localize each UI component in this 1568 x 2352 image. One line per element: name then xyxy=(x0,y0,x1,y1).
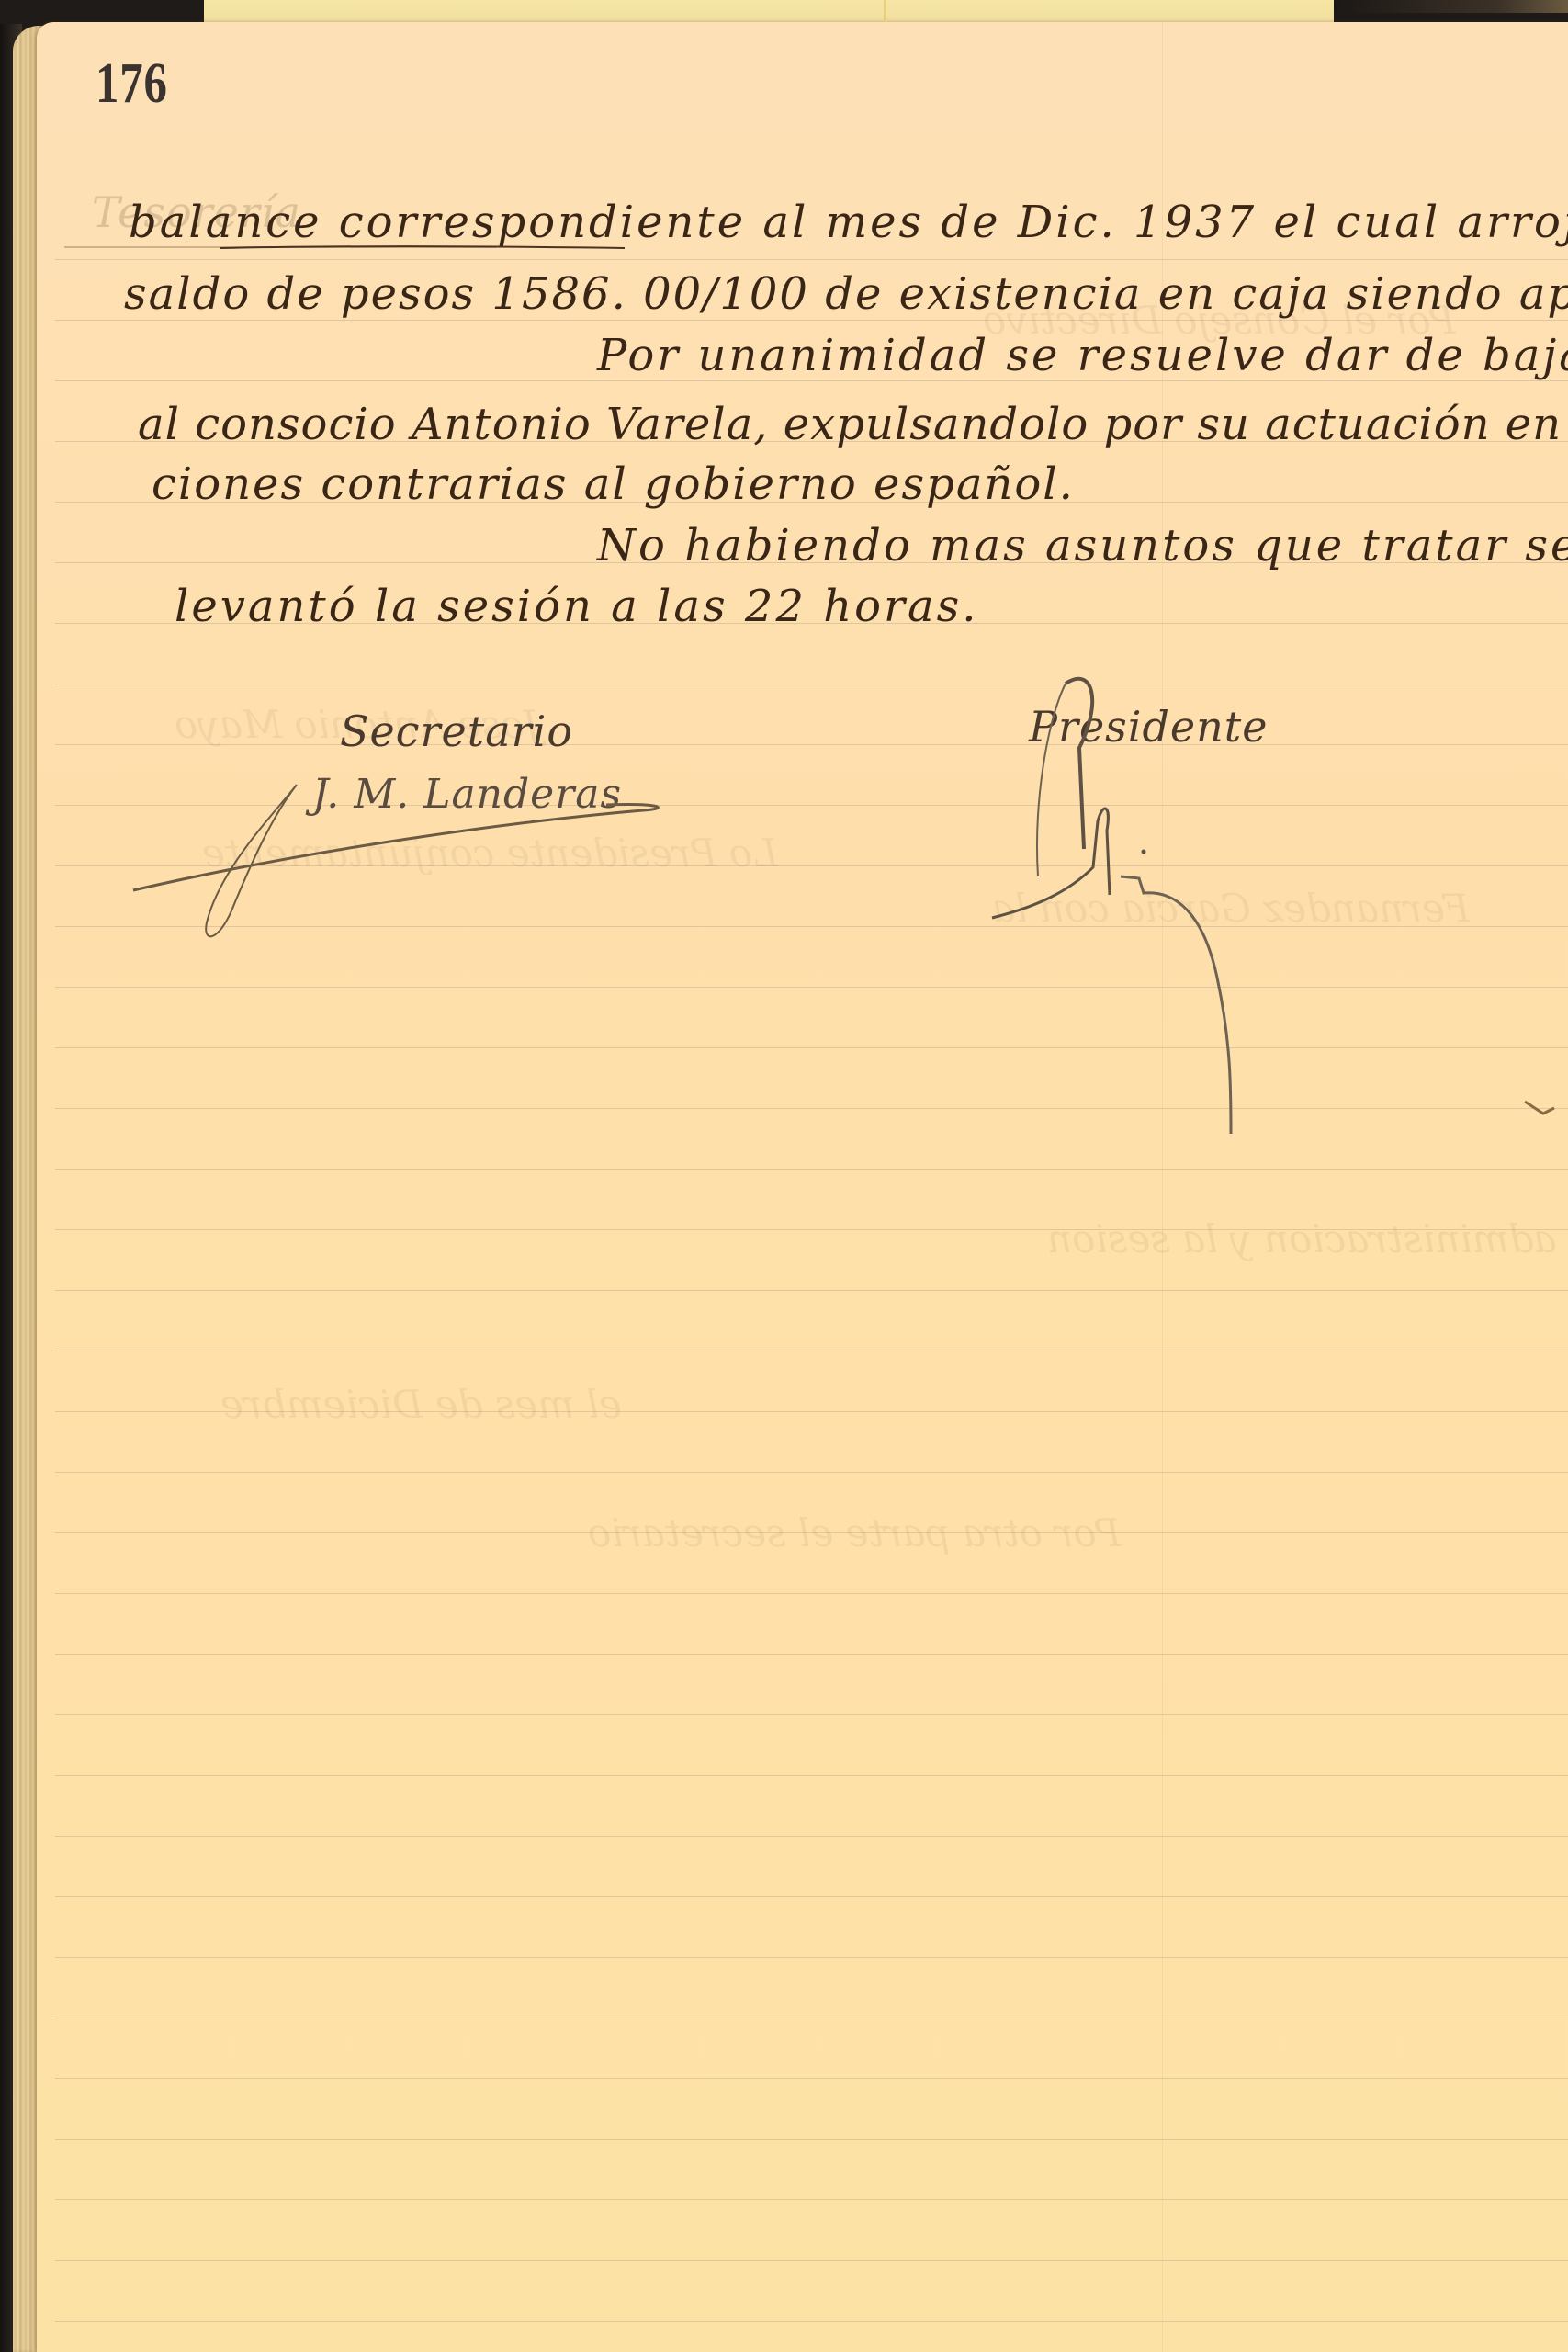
ruled-line xyxy=(55,2321,1568,2322)
ruled-line xyxy=(55,1654,1568,1655)
ruled-line xyxy=(55,2018,1568,2018)
president-loop-left xyxy=(1037,684,1066,876)
signature-flourishes xyxy=(37,22,1568,1216)
bleed-through-text: Por otra parte el secretario xyxy=(588,1510,1121,1555)
ruled-line xyxy=(55,1957,1568,1958)
bleed-through-text: administracion y la sesion xyxy=(1047,1216,1557,1261)
ruled-line xyxy=(55,1896,1568,1897)
book-cover-top-left xyxy=(0,0,204,24)
ruled-line xyxy=(55,1775,1568,1776)
ruled-line xyxy=(55,2199,1568,2200)
president-stem xyxy=(1066,679,1092,849)
bleed-through-text: el mes de Diciembre xyxy=(220,1382,622,1427)
ruled-line xyxy=(55,1593,1568,1594)
ruled-line xyxy=(55,1836,1568,1837)
president-tail xyxy=(1121,876,1231,1134)
ruled-line xyxy=(55,2139,1568,2140)
ruled-line xyxy=(55,1290,1568,1291)
scanned-ledger-page: Por el Consejo Directivo Jose Antonio Ma… xyxy=(0,0,1568,2352)
ruled-line xyxy=(55,1714,1568,1715)
ruled-line xyxy=(55,1472,1568,1473)
secretary-underline-swoosh xyxy=(133,805,658,890)
ruled-line xyxy=(55,2078,1568,2079)
president-dot xyxy=(1142,850,1146,854)
book-cover-top-right xyxy=(1334,0,1568,13)
next-sheet-strip xyxy=(204,0,1334,22)
ink-mark xyxy=(1525,1102,1554,1114)
next-sheet-seam xyxy=(884,0,886,20)
president-initial xyxy=(992,808,1110,918)
ruled-line xyxy=(55,1351,1568,1351)
ledger-page: Por el Consejo Directivo Jose Antonio Ma… xyxy=(37,22,1568,2352)
ruled-line xyxy=(55,2260,1568,2261)
balance-underline xyxy=(220,246,625,248)
